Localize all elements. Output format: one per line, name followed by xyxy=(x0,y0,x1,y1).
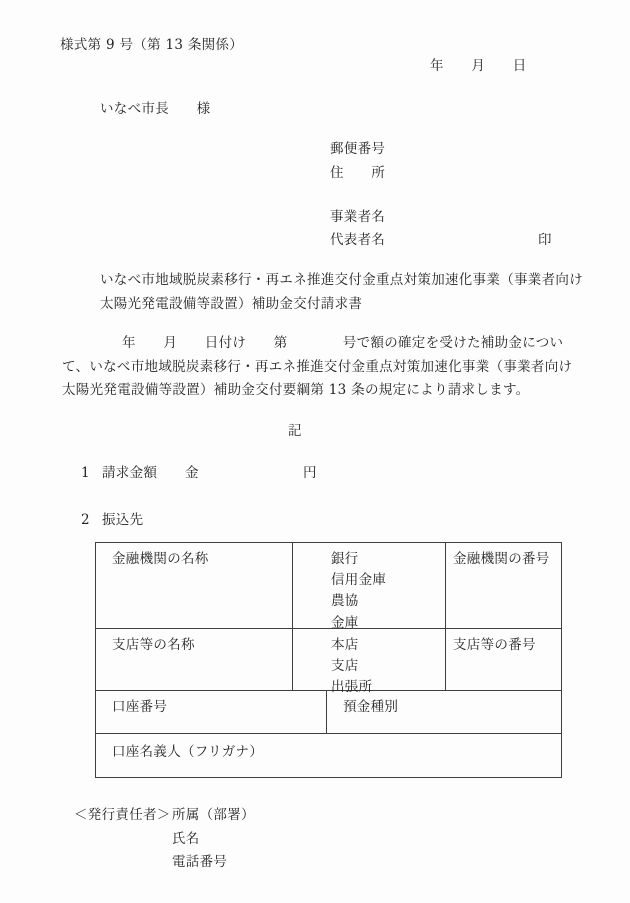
branch-code-label: 支店等の番号 xyxy=(445,629,561,690)
addressee-label: いなべ市長 様 xyxy=(100,101,210,118)
body-paragraph-line-1: 年 月 日付け 第 号で額の確定を受けた補助金につい xyxy=(122,335,563,352)
document-title-line-1: いなべ市地域脱炭素移行・再エネ推進交付金重点対策加速化事業（事業者向け xyxy=(100,272,583,289)
table-row-account-holder: 口座名義人（フリガナ） xyxy=(96,734,561,777)
financial-institution-name-label: 金融機関の名称 xyxy=(96,543,292,628)
option-agricultural-coop: 農協 xyxy=(331,591,441,612)
date-line: 年 月 日 xyxy=(430,58,527,75)
issuer-name-label: 氏名 xyxy=(172,831,200,848)
item-2-label: 振込先 xyxy=(102,512,143,529)
address-label: 住 所 xyxy=(330,165,385,182)
seal-mark: 印 xyxy=(538,232,552,249)
financial-institution-code-label: 金融機関の番号 xyxy=(445,543,561,628)
bank-transfer-table: 金融機関の名称 銀行 信用金庫 農協 金庫 金融機関の番号 支店等の名称 本店 … xyxy=(95,542,562,778)
account-number-label: 口座番号 xyxy=(96,691,326,733)
amount-currency-prefix: 金 xyxy=(185,465,199,482)
issuer-phone-label: 電話番号 xyxy=(172,854,227,871)
option-branch-office: 支店 xyxy=(331,656,441,677)
item-2-number: 2 xyxy=(81,512,90,529)
branch-type-options: 本店 支店 出張所 xyxy=(292,629,445,690)
account-holder-label: 口座名義人（フリガナ） xyxy=(96,734,561,777)
body-paragraph-line-2: て、いなべ市地域脱炭素移行・再エネ推進交付金重点対策加速化事業（事業者向け xyxy=(62,359,572,376)
option-credit-union: 信用金庫 xyxy=(331,570,441,591)
document-title-line-2: 太陽光発電設備等設置）補助金交付請求書 xyxy=(100,296,362,313)
option-bank: 銀行 xyxy=(331,549,441,570)
table-row-financial-institution: 金融機関の名称 銀行 信用金庫 農協 金庫 金融機関の番号 xyxy=(96,543,561,629)
body-paragraph-line-3: 太陽光発電設備等設置）補助金交付要綱第 13 条の規定により請求します。 xyxy=(62,382,529,399)
branch-name-label: 支店等の名称 xyxy=(96,629,292,690)
issuer-department-label: 所属（部署） xyxy=(172,807,255,824)
issuer-section-label: ＜発行責任者＞ xyxy=(74,807,171,824)
option-head-office: 本店 xyxy=(331,635,441,656)
note-marker: 記 xyxy=(288,423,302,440)
table-row-account-number: 口座番号 預金種別 xyxy=(96,691,561,734)
deposit-type-label: 預金種別 xyxy=(326,691,561,733)
amount-currency-suffix: 円 xyxy=(303,465,317,482)
document-page: 様式第 9 号（第 13 条関係） 年 月 日 いなべ市長 様 郵便番号 住 所… xyxy=(0,0,630,903)
financial-institution-type-options: 銀行 信用金庫 農協 金庫 xyxy=(292,543,445,628)
item-1-label: 請求金額 xyxy=(102,465,157,482)
item-1-number: 1 xyxy=(81,465,90,482)
form-number-label: 様式第 9 号（第 13 条関係） xyxy=(60,37,243,54)
business-name-label: 事業者名 xyxy=(330,209,385,226)
table-row-branch: 支店等の名称 本店 支店 出張所 支店等の番号 xyxy=(96,629,561,691)
postal-code-label: 郵便番号 xyxy=(330,141,385,158)
representative-name-label: 代表者名 xyxy=(330,232,385,249)
